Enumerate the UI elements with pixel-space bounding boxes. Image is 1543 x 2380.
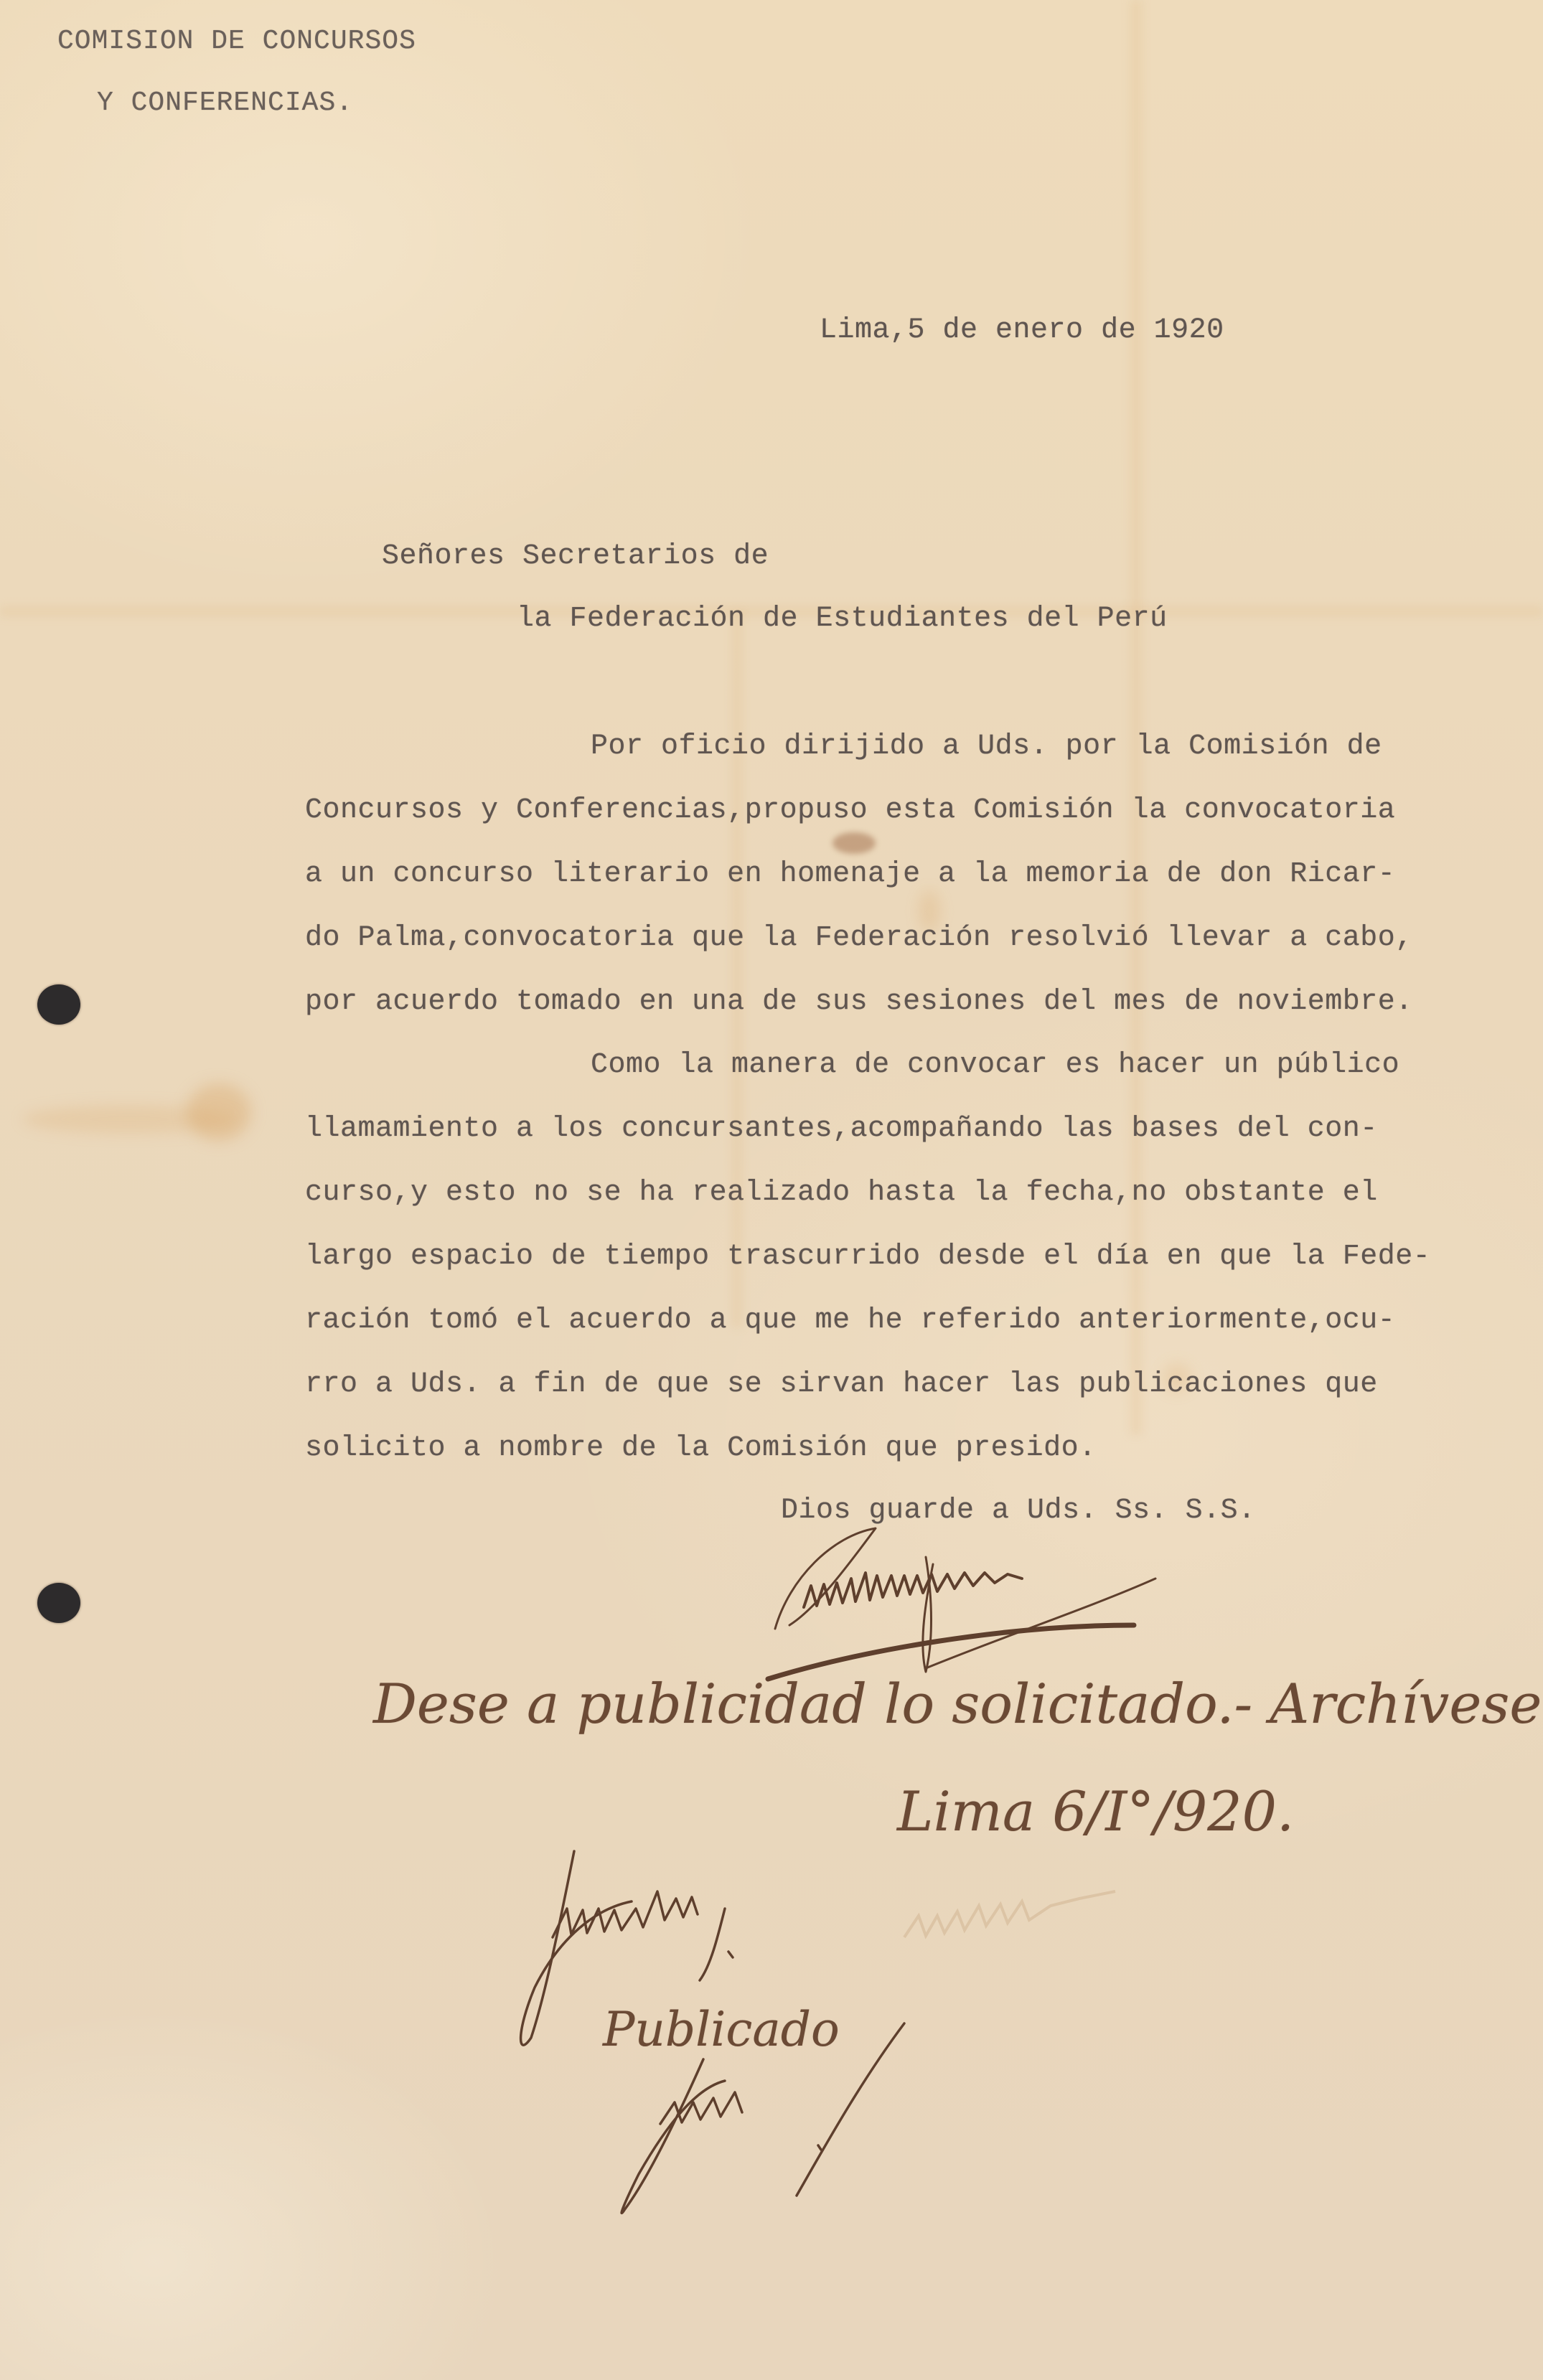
faint-show-through-writing bbox=[0, 0, 1543, 2380]
letter-page: COMISION DE CONCURSOS Y CONFERENCIAS. Li… bbox=[0, 0, 1543, 2380]
